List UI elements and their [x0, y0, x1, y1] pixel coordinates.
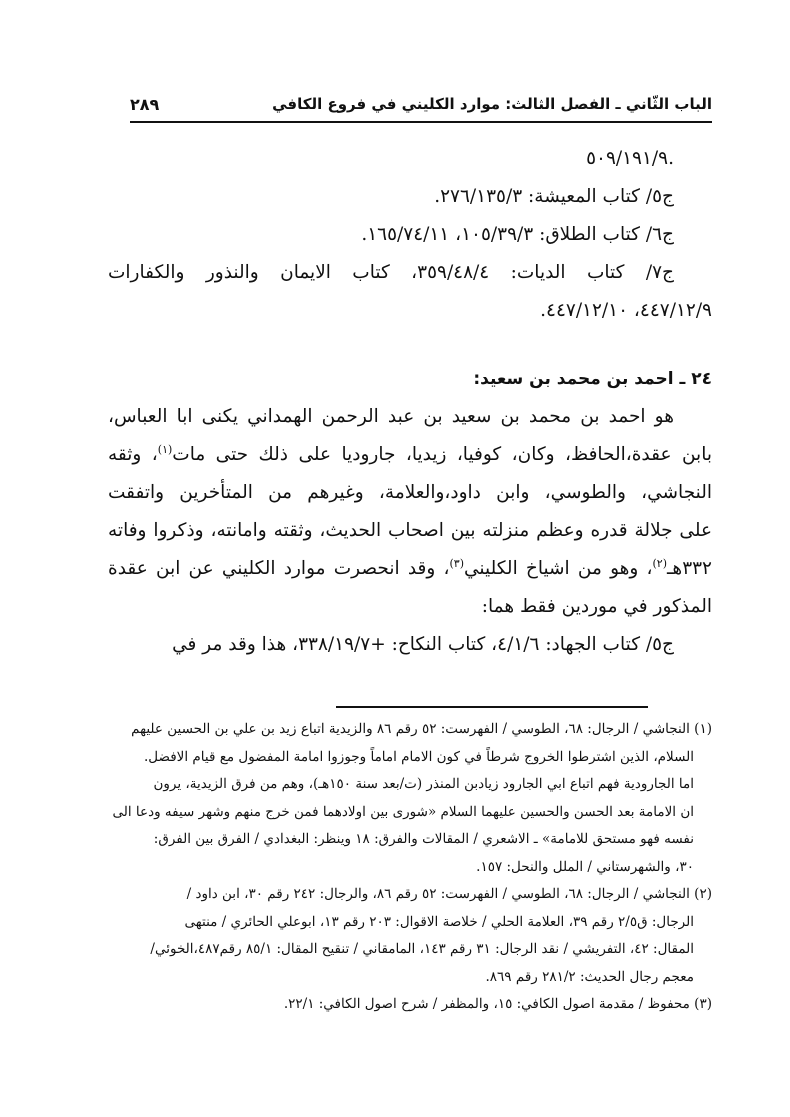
footnote-1-cont: ان الامامة بعد الحسن والحسين عليهما السل… [60, 799, 712, 827]
paragraph-line: بابن عقدة،الحافظ، وكان، كوفيا، زيديا، جا… [108, 436, 712, 474]
chapter-title: الباب الثّاني ـ الفصل الثالث: موارد الكل… [272, 95, 712, 113]
footnote-2-cont: المقال: ٤٢، التفريشي / نقد الرجال: ٣١ رق… [60, 936, 712, 964]
footnote-1-cont: السلام، الذين اشترطوا الخروج شرطاً في كو… [60, 744, 712, 772]
paragraph-line: على جلالة قدره وعظم منزلته بين اصحاب الح… [108, 512, 712, 550]
footnote-1-cont: اما الجارودية فهم اتباع ابي الجارود زياد… [60, 771, 712, 799]
footnotes: (١) النجاشي / الرجال: ٦٨، الطوسي / الفهر… [60, 716, 712, 1019]
footnote-3: (٣) محفوظ / مقدمة اصول الكافي: ١٥، والمظ… [60, 991, 712, 1019]
footnote-ref-3[interactable]: (٣) [449, 557, 464, 570]
text-line: ج٥/ كتاب المعيشة: ٢٧٦/١٣٥/٣. [108, 178, 712, 216]
footnote-ref-1[interactable]: (١) [158, 443, 173, 456]
paragraph-line: ٣٣٢هـ(٢)، وهو من اشياخ الكليني(٣)، وقد ا… [108, 550, 712, 588]
paragraph-line: النجاشي، والطوسي، وابن داود،والعلامة، وغ… [108, 474, 712, 512]
footnote-1-cont: ٣٠، والشهرستاني / الملل والنحل: ١٥٧. [60, 854, 712, 882]
text-line: .٥٠٩/١٩١/٩ [108, 140, 712, 178]
footnote-2-cont: الرجال: ق٢/٥ رقم ٣٩، العلامة الحلي / خلا… [60, 909, 712, 937]
page-number: ٢٨٩ [130, 95, 159, 114]
footnote-ref-2[interactable]: (٢) [652, 557, 667, 570]
footnote-1: (١) النجاشي / الرجال: ٦٨، الطوسي / الفهر… [60, 716, 712, 744]
running-header: الباب الثّاني ـ الفصل الثالث: موارد الكل… [130, 84, 712, 124]
paragraph-line: هو احمد بن محمد بن سعيد بن عبد الرحمن ال… [108, 398, 712, 436]
text-line: ٤٤٧/١٢/٩، ٤٤٧/١٢/١٠. [108, 292, 712, 330]
document-page: الباب الثّاني ـ الفصل الثالث: موارد الكل… [0, 0, 790, 1117]
main-text: .٥٠٩/١٩١/٩ ج٥/ كتاب المعيشة: ٢٧٦/١٣٥/٣. … [108, 140, 712, 664]
header-divider [130, 121, 712, 123]
text-line: ج٧/ كتاب الديات: ٣٥٩/٤٨/٤، كتاب الايمان … [108, 254, 712, 292]
paragraph-line: المذكور في موردين فقط هما: [108, 588, 712, 626]
text-line: ج٦/ كتاب الطلاق: ١٠٥/٣٩/٣، ١٦٥/٧٤/١١. [108, 216, 712, 254]
footnote-2: (٢) النجاشي / الرجال: ٦٨، الطوسي / الفهر… [60, 881, 712, 909]
footnote-divider [336, 706, 648, 708]
footnote-1-cont: نفسه فهو مستحق للامامة» ـ الاشعري / المق… [60, 826, 712, 854]
text-line: ج٥/ كتاب الجهاد: ٤/١/٦، كتاب النكاح: +٣٣… [108, 626, 712, 664]
section-heading: ٢٤ ـ احمد بن محمد بن سعيد: [108, 360, 712, 398]
footnote-2-cont: معجم رجال الحديث: ٢٨١/٢ رقم ٨٦٩. [60, 964, 712, 992]
